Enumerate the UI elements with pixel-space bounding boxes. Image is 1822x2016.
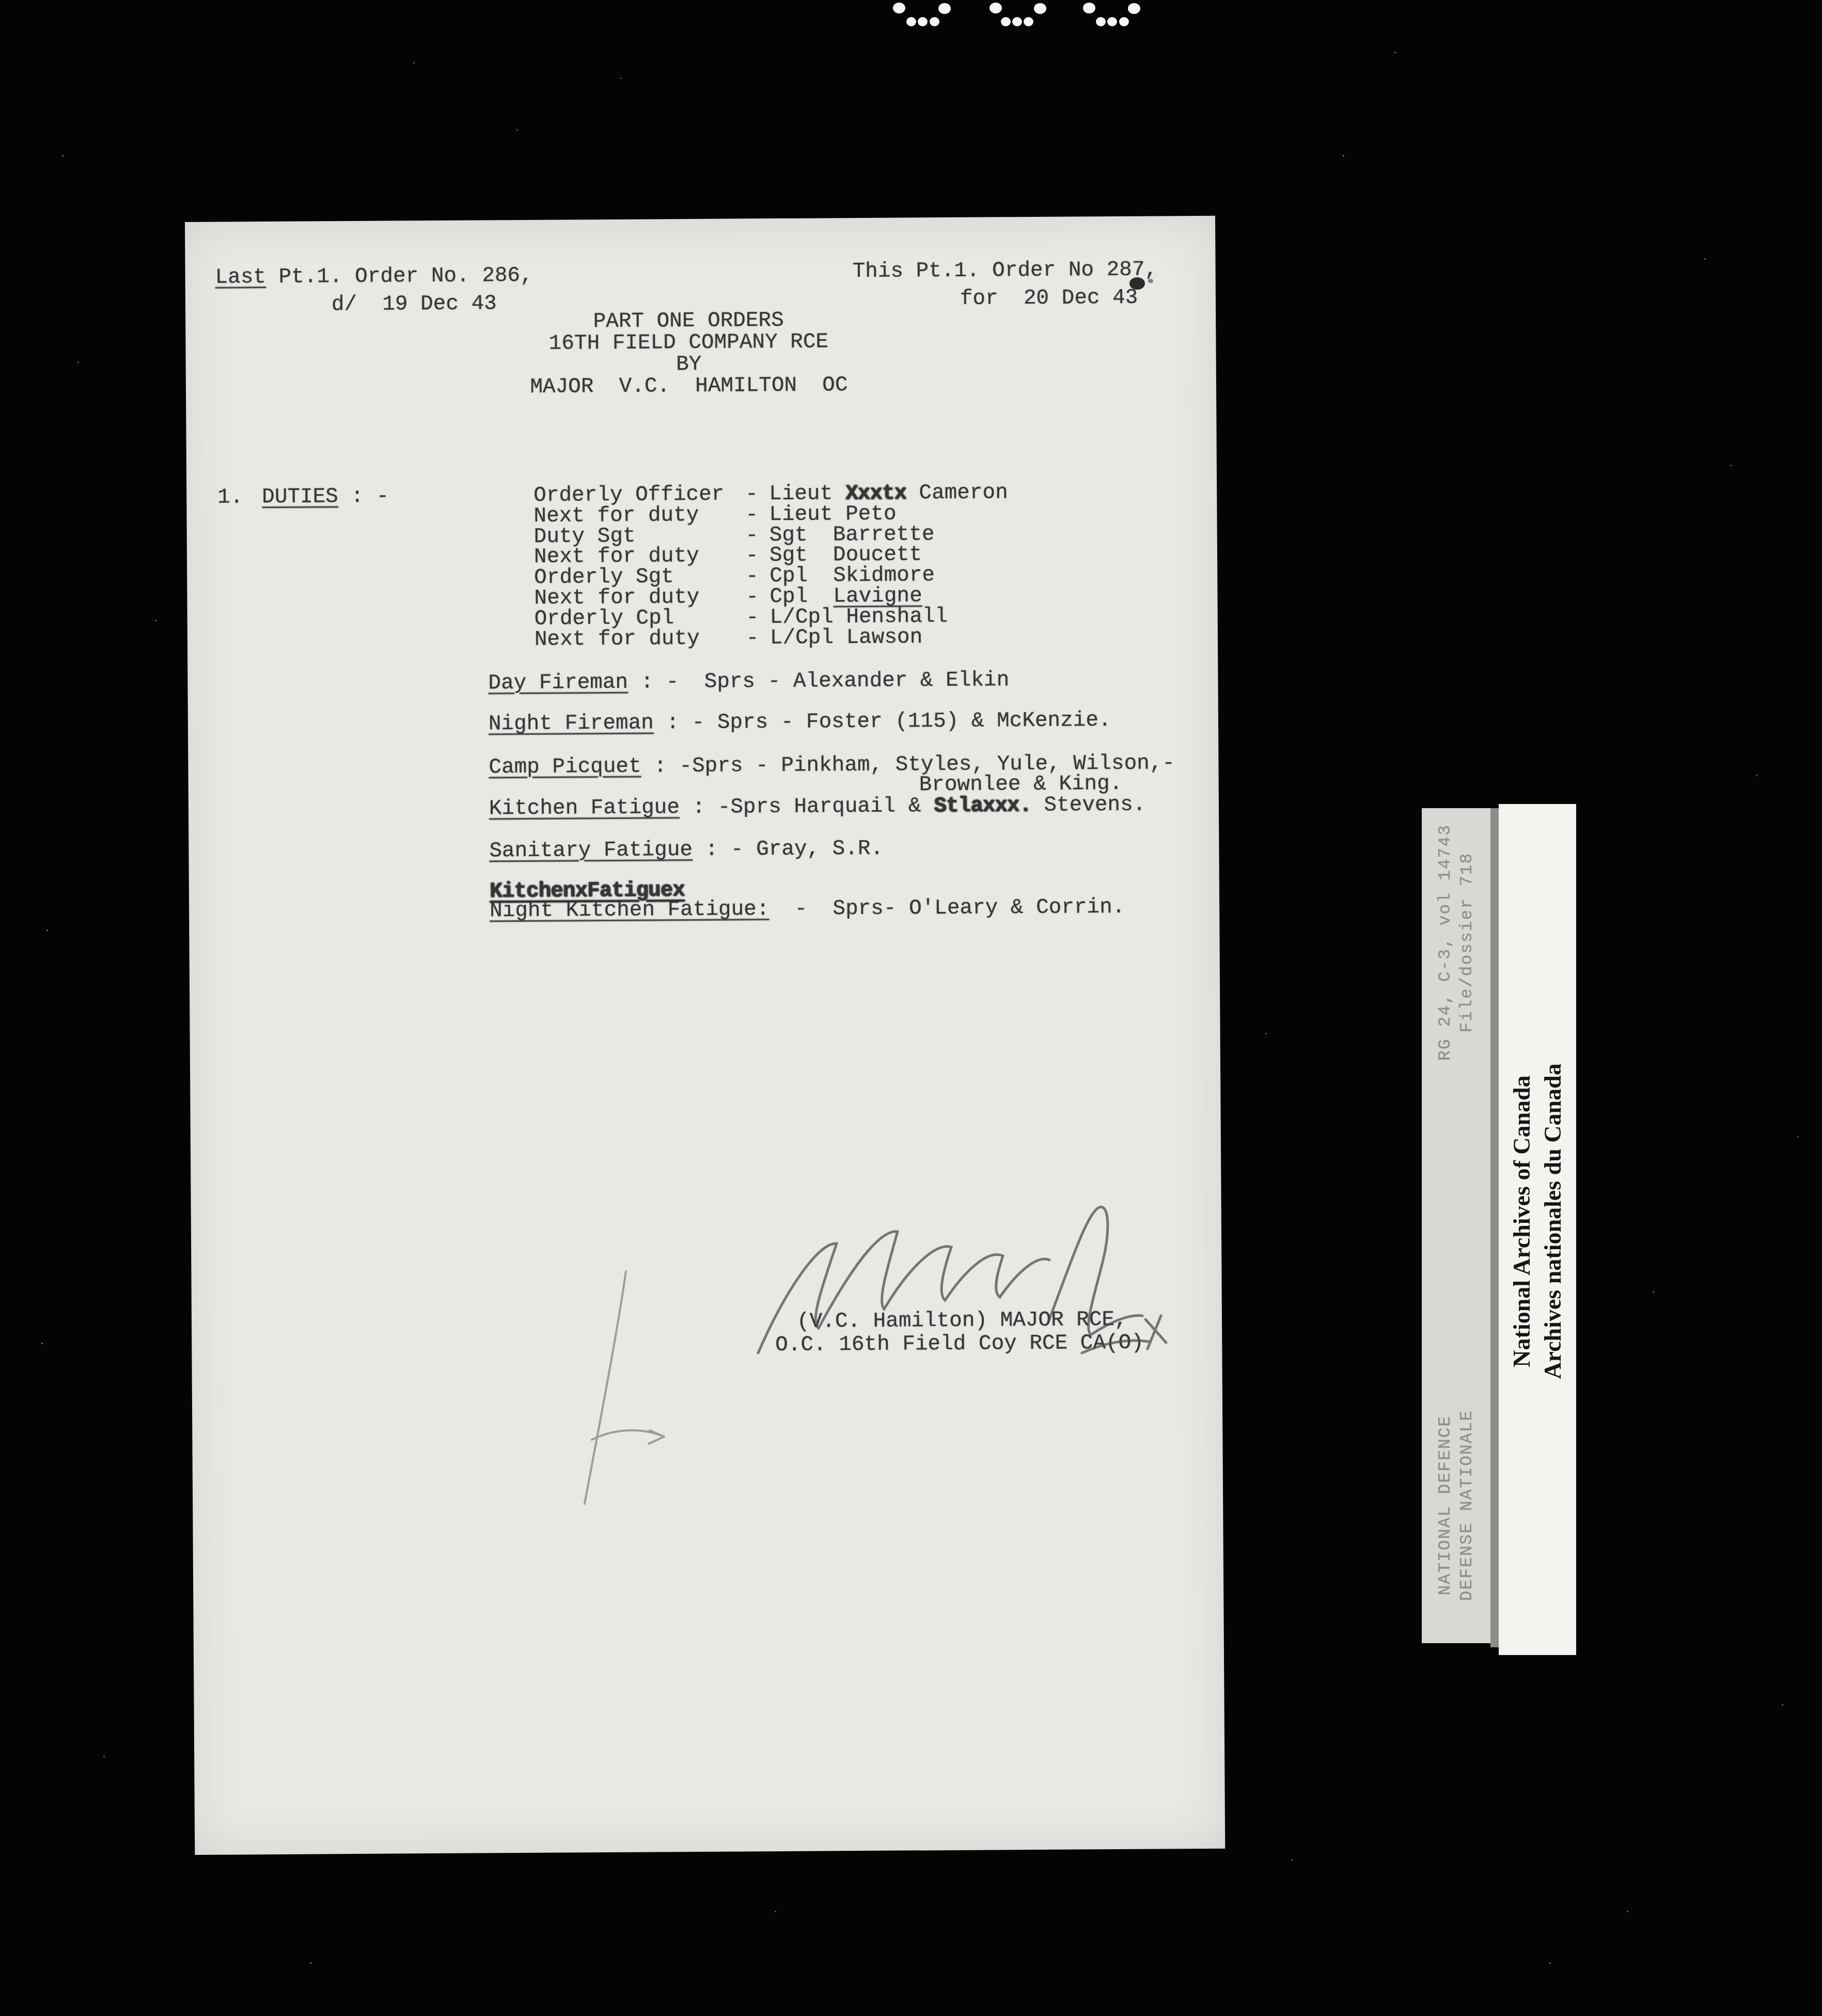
archive-reference-line: File/dossier 718 [1456,824,1478,1061]
film-blip-dot [930,17,939,26]
film-blip-dot [1128,3,1140,14]
film-blip-dot [989,3,1002,13]
archive-reference-label: RG 24, C-3, vol 14743 File/dossier 718 [1435,824,1478,1061]
film-blip-dot [1096,17,1106,26]
duty-dash: - [746,544,759,567]
film-blip-dot [1001,17,1011,26]
national-defence-line: NATIONAL DEFENCE [1435,1410,1456,1601]
national-archives-line-fr: Archives nationales du Canada [1537,1063,1568,1379]
national-defence-line: DEFENSE NATIONALE [1456,1410,1478,1601]
last-order-date: d/ 19 Dec 43 [332,292,497,316]
signature-typed-name: (V.C. Hamilton) MAJOR RCE, [797,1309,1127,1333]
this-order-date: for 20 Dec 43 [960,287,1138,310]
film-blip-dot [1083,3,1095,13]
last-order-reference: Last Pt.1. Order No. 286, [215,264,533,289]
duty-dash: - [745,483,758,506]
national-archives-line-en: National Archives of Canada [1506,1063,1537,1379]
assignment-kitchen-fatigue: Kitchen Fatigue : -Sprs Harquail & Stlax… [489,794,1146,821]
film-blip-dot [1012,17,1022,26]
film-blip-dot [1034,3,1046,14]
national-defence-label: NATIONAL DEFENCE DEFENSE NATIONALE [1435,1410,1478,1601]
assignment-day-fireman: Day Fireman : - Sprs - Alexander & Elkin [488,669,1009,695]
film-blip-dot [1119,17,1129,26]
document-title-line: 16TH FIELD COMPANY RCE [549,330,829,355]
duty-dash: - [746,627,759,650]
duty-role: Next for duty [535,627,700,651]
duty-dash: - [746,565,759,588]
duty-value: L/Cpl Lawson [770,626,923,650]
document-title-line: PART ONE ORDERS [593,309,784,333]
film-blip-dot [906,17,916,26]
signature-typed-title: O.C. 16th Field Coy RCE CA(O) [775,1332,1144,1357]
film-dust-specks [0,0,2,2]
duty-dash: - [745,503,758,526]
document-title-line: BY [676,353,701,376]
film-blip-dot [1107,17,1117,26]
archive-label-strip-archives: National Archives of Canada Archives nat… [1499,804,1576,1655]
assignment-night-kitchen-fatigue: Night Kitchen Fatigue: - Sprs- O'Leary &… [490,896,1125,923]
archive-label-strip-defence: RG 24, C-3, vol 14743 File/dossier 718 N… [1422,808,1490,1643]
duty-dash: - [746,606,759,629]
document-page: Last Pt.1. Order No. 286, d/ 19 Dec 43 T… [185,216,1225,1855]
duty-dash: - [746,586,759,608]
national-archives-label: National Archives of Canada Archives nat… [1506,1063,1568,1379]
film-blip-dot [918,17,928,26]
film-blip-dot [893,3,905,13]
assignment-sanitary-fatigue: Sanitary Fatigue : - Gray, S.R. [489,838,883,863]
strip-shadow-gap [1490,808,1499,1647]
document-title-line: MAJOR V.C. HAMILTON OC [530,374,847,399]
film-blip-dot [1024,17,1033,26]
archive-reference-line: RG 24, C-3, vol 14743 [1435,824,1456,1061]
film-blip-dot [938,3,951,14]
this-order-reference: This Pt.1. Order No 287, [852,258,1157,283]
assignment-night-fireman: Night Fireman : - Sprs - Foster (115) & … [489,709,1111,735]
